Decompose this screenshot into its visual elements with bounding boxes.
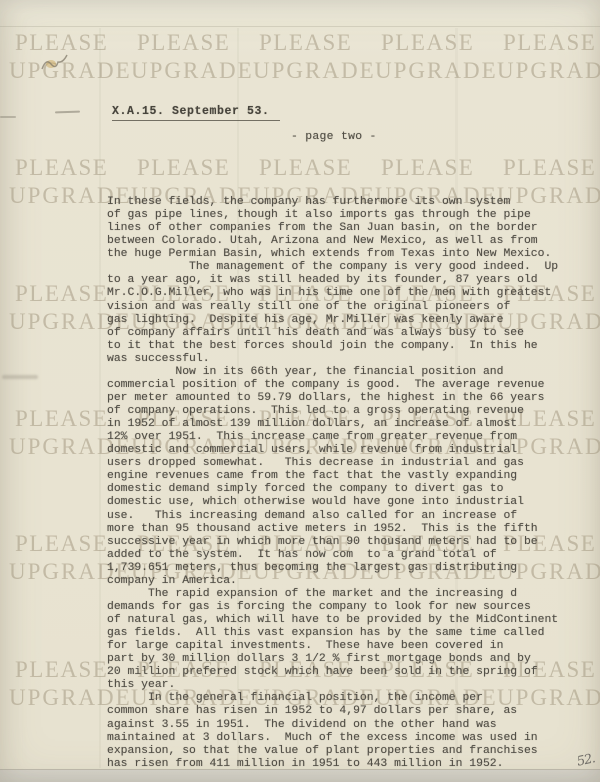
pencil-dash-mark <box>55 111 80 114</box>
watermark-word-please: PLEASE <box>381 31 474 54</box>
watermark-word-upgrade: UPGRADE <box>131 59 254 82</box>
body-line: In these fields, the company has further… <box>107 196 577 209</box>
watermark-word-please: PLEASE <box>503 156 596 179</box>
body-line: users dropped somewhat. This decrease in… <box>107 457 577 470</box>
document-body-text: In these fields, the company has further… <box>107 196 577 771</box>
watermark-word-please: PLEASE <box>15 407 108 430</box>
scanned-document-page: PLEASEUPGRADEPLEASEUPGRADEPLEASEUPGRADEP… <box>0 0 600 782</box>
body-line: gas lighting. Despite his age, Mr.Miller… <box>107 314 577 327</box>
watermark-word-please: PLEASE <box>15 282 108 305</box>
body-line: commercial position of the company is go… <box>107 379 577 392</box>
body-line: maintained at 3 dollars. Much of the exc… <box>107 732 577 745</box>
body-line: more than 95 thousand active meters in 1… <box>107 523 577 536</box>
body-line: per meter amounted to 59.79 dollars, the… <box>107 392 577 405</box>
watermark-word-please: PLEASE <box>15 156 108 179</box>
watermark-word-please: PLEASE <box>137 156 230 179</box>
body-line: The management of the company is very go… <box>107 261 577 274</box>
body-line: Now in its 66th year, the financial posi… <box>107 366 577 379</box>
watermark-word-please: PLEASE <box>381 156 474 179</box>
body-line: Mr.C.O.G.Miller, who was in his time one… <box>107 287 577 300</box>
body-line: 12% over 1951. This increase came from g… <box>107 431 577 444</box>
paper-crease <box>99 28 101 768</box>
body-line: 20 million prefered stock which have bee… <box>107 666 577 679</box>
body-line: expansion, so that the value of plant pr… <box>107 745 577 758</box>
body-line: of company operations. This led to a gro… <box>107 405 577 418</box>
body-line: domestic use, which otherwise would have… <box>107 496 577 509</box>
body-line: to it that the best forces should join t… <box>107 340 577 353</box>
watermark-word-upgrade: UPGRADE <box>497 59 600 82</box>
scan-top-edge <box>0 26 600 27</box>
body-line: of gas pipe lines, though it also import… <box>107 209 577 222</box>
body-line: successive year in which more than 90 th… <box>107 536 577 549</box>
body-line: engine revenues came from the fact that … <box>107 470 577 483</box>
body-line: part by 30 million dollars 3 1/2 % first… <box>107 653 577 666</box>
body-line: In the general financial position, the i… <box>107 692 577 705</box>
body-line: was successful. <box>107 353 577 366</box>
body-line: added to the system. It has now com to a… <box>107 549 577 562</box>
body-line: lines of other companies from the San Ju… <box>107 222 577 235</box>
page-number-label: - page two - <box>291 131 377 143</box>
watermark-word-please: PLEASE <box>503 31 596 54</box>
body-line: vision and was really still one of the o… <box>107 301 577 314</box>
body-line: domestic demand simply forced the compan… <box>107 483 577 496</box>
document-reference: X.A.15. September 53. <box>112 105 280 121</box>
watermark-word-please: PLEASE <box>15 31 108 54</box>
pencil-dash-mark <box>0 116 16 118</box>
body-line: domestic and commercial users, while rev… <box>107 444 577 457</box>
watermark-word-upgrade: UPGRADE <box>253 59 376 82</box>
body-line: to a year ago, it was still headed by it… <box>107 274 577 287</box>
watermark-word-please: PLEASE <box>259 31 352 54</box>
body-line: for large capital investments. These hav… <box>107 640 577 653</box>
body-line: of company affairs until his death and w… <box>107 327 577 340</box>
body-line: The rapid expansion of the market and th… <box>107 588 577 601</box>
watermark-word-upgrade: UPGRADE <box>375 59 498 82</box>
pencil-smudge-mark <box>2 375 38 379</box>
body-line: between Colorado. Utah, Arizona and New … <box>107 235 577 248</box>
body-line: common share has risen in 1952 to 4,97 d… <box>107 705 577 718</box>
body-line: gas fields. All this vast expansion has … <box>107 627 577 640</box>
body-line: has risen from 411 million in 1951 to 44… <box>107 758 577 771</box>
body-line: in 1952 of almost 139 million dollars, a… <box>107 418 577 431</box>
body-line: demands for gas is forcing the company t… <box>107 601 577 614</box>
body-line: against 3.55 in 1951. The dividend on th… <box>107 719 577 732</box>
body-line: company in America. <box>107 575 577 588</box>
body-line: of natural gas, which will have to be pr… <box>107 614 577 627</box>
body-line: the huge Permian Basin, which extends fr… <box>107 248 577 261</box>
body-line: use. This increasing demand also called … <box>107 510 577 523</box>
handwritten-page-number: 52. <box>576 751 596 769</box>
watermark-word-please: PLEASE <box>259 156 352 179</box>
body-line: 1,739.651 meters, thus becoming the larg… <box>107 562 577 575</box>
watermark-word-please: PLEASE <box>15 532 108 555</box>
watermark-word-please: PLEASE <box>137 31 230 54</box>
body-line: this year. <box>107 679 577 692</box>
pencil-squiggle-mark <box>40 53 72 77</box>
watermark-word-please: PLEASE <box>15 658 108 681</box>
